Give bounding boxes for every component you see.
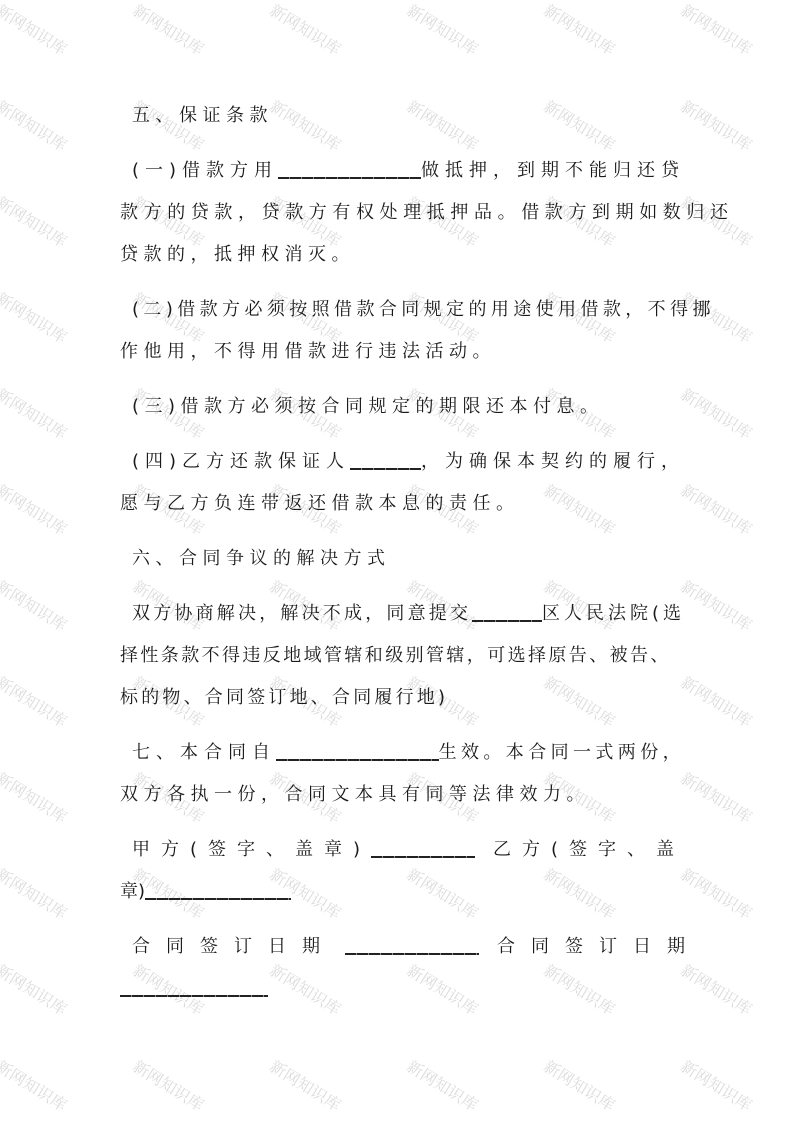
text-segment: 区人民法院(选: [542, 602, 685, 626]
text-segment: 做抵押，到期不能归还贷: [421, 159, 685, 183]
text-segment: 双方协商解决，解决不成，同意提交: [132, 602, 471, 626]
section-heading-guarantee: 五、保证条款: [120, 104, 685, 128]
paragraph-line: 贷款的，抵押权消灭。: [120, 243, 673, 267]
party-b-signature-blank[interactable]: [145, 898, 291, 900]
party-a-date-label: 合同签订日期: [132, 935, 336, 959]
text-segment: 生效。本合同一式两份，: [439, 741, 685, 765]
paragraph-line: 择性条款不得违反地域管辖和级别管辖，可选择原告、被告、: [120, 644, 673, 668]
fill-in-blank-court[interactable]: [472, 620, 542, 622]
text-segment: (一)借款方用: [132, 159, 278, 183]
text-segment: 双方各执一份，合同文本具有同等法律效力。: [120, 783, 590, 807]
party-a-date-blank[interactable]: [345, 953, 479, 955]
date-line: [120, 977, 673, 1001]
section-heading-dispute: 六、合同争议的解决方式: [120, 547, 685, 571]
paragraph-line: 标的物、合同签订地、合同履行地): [120, 686, 673, 710]
paragraph-line: (四)乙方还款保证人 ，为确保本契约的履行，: [120, 450, 685, 474]
party-a-signature-label: 甲方(签字、盖章): [132, 838, 371, 862]
paragraph-line: (三)借款方必须按合同规定的期限还本付息。: [120, 395, 685, 419]
paragraph-line: (二)借款方必须按照借款合同规定的用途使用借款，不得挪: [120, 298, 685, 322]
paragraph-line: 作他用，不得用借款进行违法活动。: [120, 340, 673, 364]
paragraph-line: 愿与乙方负连带返还借款本息的责任。: [120, 492, 673, 516]
party-a-signature-blank[interactable]: [371, 856, 475, 858]
text-segment: 贷款的，抵押权消灭。: [120, 243, 355, 267]
fill-in-blank-collateral[interactable]: [278, 177, 421, 179]
paragraph-line: 款方的贷款，贷款方有权处理抵押品。借款方到期如数归还: [120, 201, 673, 225]
text-segment: (四)乙方还款保证人: [132, 450, 350, 474]
heading-text: 六、合同争议的解决方式: [132, 547, 391, 571]
signature-line: 章): [120, 880, 673, 904]
text-segment: 标的物、合同签订地、合同履行地): [120, 686, 448, 710]
text-segment: 择性条款不得违反地域管辖和级别管辖，可选择原告、被告、: [120, 644, 671, 668]
paragraph-line: 七、本合同自 生效。本合同一式两份，: [120, 741, 685, 765]
text-segment: 愿与乙方负连带返还借款本息的责任。: [120, 492, 520, 516]
text-segment: 作他用，不得用借款进行违法活动。: [120, 340, 496, 364]
text-segment: 款方的贷款，贷款方有权处理抵押品。借款方到期如数归还: [120, 201, 734, 225]
text-segment: ，为确保本契约的履行，: [421, 450, 685, 474]
heading-text: 五、保证条款: [132, 104, 273, 128]
date-line: 合同签订日期 合同签订日期: [120, 935, 685, 959]
party-b-date-label: 合同签订日期: [497, 935, 701, 959]
document-page: 五、保证条款 (一)借款方用 做抵押，到期不能归还贷 款方的贷款，贷款方有权处理…: [0, 0, 793, 1122]
fill-in-blank-guarantor[interactable]: [350, 468, 421, 470]
party-b-date-blank[interactable]: [120, 995, 268, 997]
text-segment: (二)借款方必须按照借款合同规定的用途使用借款，不得挪: [132, 298, 715, 322]
text-segment: (三)借款方必须按合同规定的期限还本付息。: [132, 395, 604, 419]
paragraph-line: 双方各执一份，合同文本具有同等法律效力。: [120, 783, 673, 807]
text-segment: 七、本合同自: [132, 741, 276, 765]
signature-line: 甲方(签字、盖章) 乙方(签字、盖: [120, 838, 685, 862]
paragraph-line: 双方协商解决，解决不成，同意提交 区人民法院(选: [120, 602, 685, 626]
fill-in-blank-effective-date[interactable]: [276, 759, 439, 761]
paragraph-line: (一)借款方用 做抵押，到期不能归还贷: [120, 159, 685, 183]
party-b-signature-label: 章): [120, 880, 145, 904]
party-b-signature-label: 乙方(签字、盖: [493, 838, 685, 862]
